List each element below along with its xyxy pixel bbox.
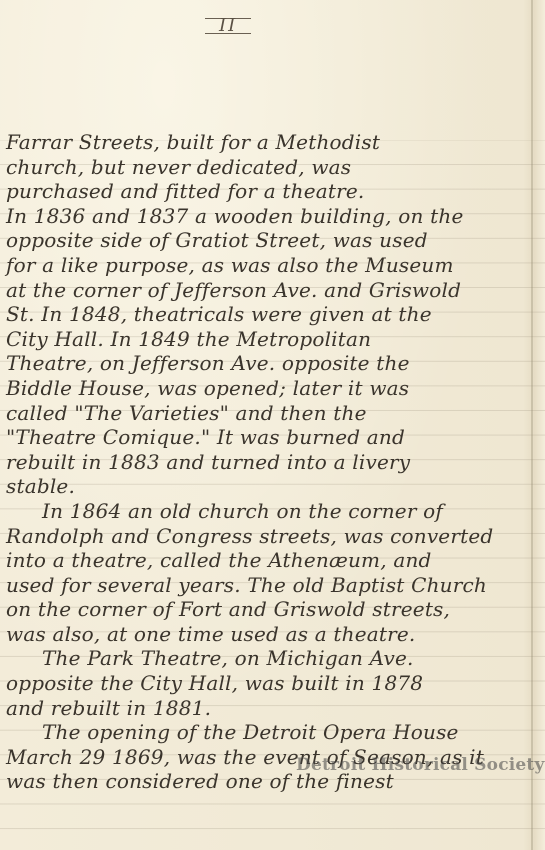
manuscript-page: II Farrar Streets, built for a Methodist… bbox=[0, 0, 545, 850]
handwritten-text: Farrar Streets, built for a Methodist ch… bbox=[6, 130, 536, 794]
watermark: Detroit Historical Society bbox=[296, 755, 545, 775]
text-line: on the corner of Fort and Griswold stree… bbox=[6, 597, 536, 622]
text-line: was also, at one time used as a theatre. bbox=[6, 622, 536, 647]
text-line: In 1864 an old church on the corner of bbox=[6, 499, 536, 524]
text-line: The Park Theatre, on Michigan Ave. bbox=[6, 646, 536, 671]
text-line: stable. bbox=[6, 474, 536, 499]
text-line: purchased and fitted for a theatre. bbox=[6, 179, 536, 204]
text-line: opposite the City Hall, was built in 187… bbox=[6, 671, 536, 696]
text-line: opposite side of Gratiot Street, was use… bbox=[6, 228, 536, 253]
text-line: at the corner of Jefferson Ave. and Gris… bbox=[6, 278, 536, 303]
text-line: Theatre, on Jefferson Ave. opposite the bbox=[6, 351, 536, 376]
text-line: called "The Varieties" and then the bbox=[6, 401, 536, 426]
text-line: Farrar Streets, built for a Methodist bbox=[6, 130, 536, 155]
text-line: used for several years. The old Baptist … bbox=[6, 573, 536, 598]
text-line: church, but never dedicated, was bbox=[6, 155, 536, 180]
text-line: for a like purpose, as was also the Muse… bbox=[6, 253, 536, 278]
text-line: St. In 1848, theatricals were given at t… bbox=[6, 302, 536, 327]
page-number: II bbox=[205, 18, 251, 34]
text-line: The opening of the Detroit Opera House bbox=[6, 720, 536, 745]
text-line: Biddle House, was opened; later it was bbox=[6, 376, 536, 401]
text-line: City Hall. In 1849 the Metropolitan bbox=[6, 327, 536, 352]
text-line: and rebuilt in 1881. bbox=[6, 696, 536, 721]
text-line: Randolph and Congress streets, was conve… bbox=[6, 524, 536, 549]
text-line: rebuilt in 1883 and turned into a livery bbox=[6, 450, 536, 475]
text-line: into a theatre, called the Athenæum, and bbox=[6, 548, 536, 573]
text-line: "Theatre Comique." It was burned and bbox=[6, 425, 536, 450]
text-line: In 1836 and 1837 a wooden building, on t… bbox=[6, 204, 536, 229]
